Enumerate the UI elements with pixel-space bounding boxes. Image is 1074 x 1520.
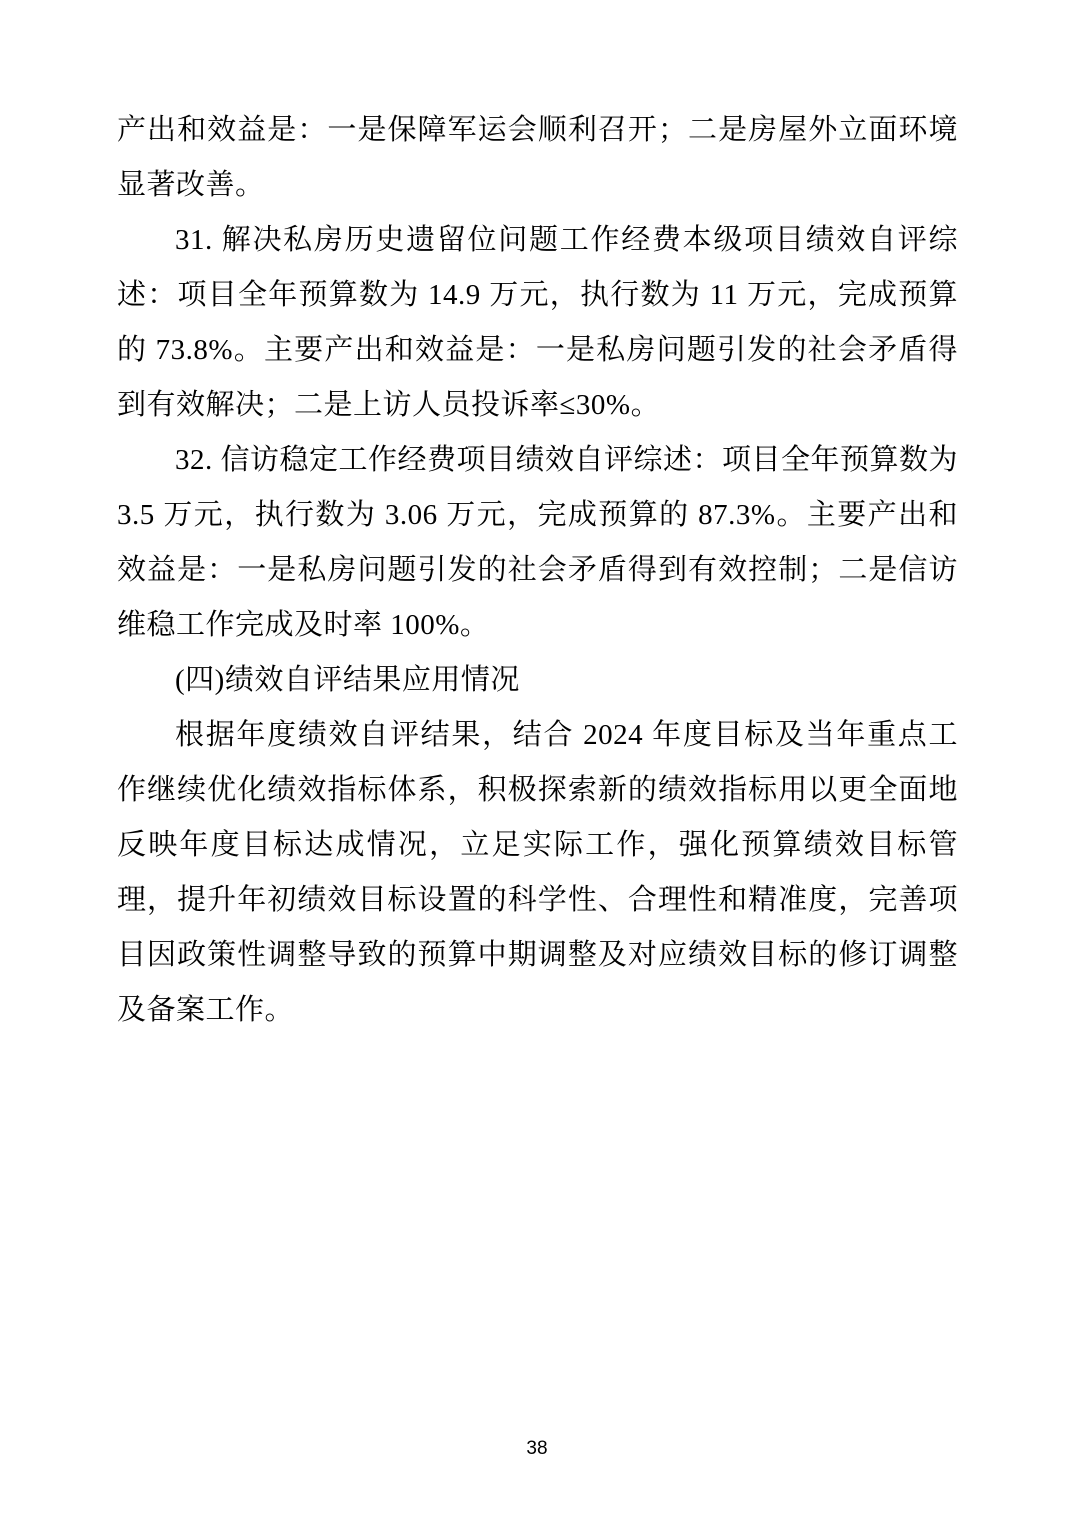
paragraph-item-31-self-evaluation: 31. 解决私房历史遗留位问题工作经费本级项目绩效自评综述：项目全年预算数为 1… [117, 213, 958, 433]
paragraph-continuation-outputs-benefits: 产出和效益是：一是保障军运会顺利召开；二是房屋外立面环境显著改善。 [117, 103, 958, 213]
document-body: 产出和效益是：一是保障军运会顺利召开；二是房屋外立面环境显著改善。 31. 解决… [117, 103, 958, 1038]
page-number: 38 [0, 1438, 1074, 1460]
section-heading-results-application: (四)绩效自评结果应用情况 [117, 653, 958, 708]
paragraph-item-32-self-evaluation: 32. 信访稳定工作经费项目绩效自评综述：项目全年预算数为 3.5 万元，执行数… [117, 433, 958, 653]
paragraph-results-application-details: 根据年度绩效自评结果，结合 2024 年度目标及当年重点工作继续优化绩效指标体系… [117, 708, 958, 1038]
document-page: 产出和效益是：一是保障军运会顺利召开；二是房屋外立面环境显著改善。 31. 解决… [0, 0, 1074, 1520]
